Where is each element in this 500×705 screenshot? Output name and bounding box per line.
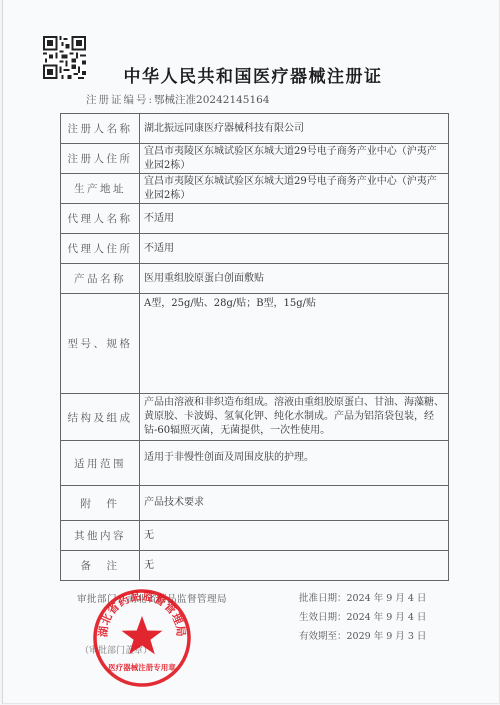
date-value: 2024 年 9 月 4 日 bbox=[347, 593, 427, 604]
field-value: 医用重组胶原蛋白创面敷贴 bbox=[140, 264, 449, 294]
field-label: 代理人名称 bbox=[61, 204, 140, 234]
field-label: 生产地址 bbox=[61, 174, 140, 204]
table-row-attachment: 附 件 产品技术要求 bbox=[61, 486, 449, 521]
field-label: 备 注 bbox=[61, 551, 140, 581]
effective-date: 生效日期：2024 年 9 月 4 日 bbox=[299, 609, 426, 628]
table-row-agent-name: 代理人名称 不适用 bbox=[61, 204, 449, 234]
table-row-scope: 适用范围 适用于非慢性创面及周围皮肤的护理。 bbox=[61, 441, 449, 486]
field-value: 湖北振远同康医疗器械科技有限公司 bbox=[140, 114, 449, 144]
certificate-page: 中华人民共和国医疗器械注册证 注册证编号:鄂械注准20242145164 注册人… bbox=[2, 0, 500, 704]
field-label: 型号、规格 bbox=[61, 294, 140, 394]
field-value: 适用于非慢性创面及周围皮肤的护理。 bbox=[140, 441, 449, 486]
field-label: 附 件 bbox=[61, 486, 140, 521]
date-value: 2024 年 9 月 4 日 bbox=[347, 612, 427, 623]
field-label: 注册人住所 bbox=[61, 144, 140, 174]
table-row-product-name: 产品名称 医用重组胶原蛋白创面敷贴 bbox=[61, 264, 449, 294]
field-label: 其他内容 bbox=[61, 521, 140, 551]
date-label: 批准日期： bbox=[299, 593, 347, 604]
seal-bottom-text: 医疗器械注册专用章 bbox=[108, 662, 176, 672]
table-row-remarks: 备 注 无 bbox=[61, 551, 449, 581]
table-row-agent-address: 代理人住所 不适用 bbox=[61, 234, 449, 264]
approval-date: 批准日期：2024 年 9 月 4 日 bbox=[299, 590, 426, 609]
field-value: 产品技术要求 bbox=[140, 486, 449, 521]
field-value: 宜昌市夷陵区东城试验区东城大道29号电子商务产业中心（沪夷产业园2栋） bbox=[140, 144, 449, 174]
field-value: 无 bbox=[140, 551, 449, 581]
field-label: 结构及组成 bbox=[61, 394, 140, 441]
document-title: 中华人民共和国医疗器械注册证 bbox=[3, 62, 500, 87]
field-value: 无 bbox=[140, 521, 449, 551]
field-label: 产品名称 bbox=[61, 264, 140, 294]
field-label: 代理人住所 bbox=[61, 234, 140, 264]
date-label: 生效日期： bbox=[299, 612, 347, 623]
field-value: A型，25g/贴、28g/贴；B型，15g/贴 bbox=[140, 294, 449, 394]
table-row-registrant-address: 注册人住所 宜昌市夷陵区东城试验区东城大道29号电子商务产业中心（沪夷产业园2栋… bbox=[61, 144, 449, 174]
dates-block: 批准日期：2024 年 9 月 4 日 生效日期：2024 年 9 月 4 日 … bbox=[299, 590, 426, 647]
field-label: 注册人名称 bbox=[61, 114, 140, 144]
table-row-production-address: 生产地址 宜昌市夷陵区东城试验区东城大道29号电子商务产业中心（沪夷产业园2栋） bbox=[61, 174, 449, 204]
table-row-structure: 结构及组成 产品由溶液和非织造布组成。溶液由重组胶原蛋白、甘油、海藻糖、黄原胶、… bbox=[61, 394, 449, 441]
field-value: 产品由溶液和非织造布组成。溶液由重组胶原蛋白、甘油、海藻糖、黄原胶、卡波姆、氢氧… bbox=[140, 394, 449, 441]
field-value: 不适用 bbox=[140, 204, 449, 234]
table-row-model-spec: 型号、规格 A型，25g/贴、28g/贴；B型，15g/贴 bbox=[61, 294, 449, 394]
field-value: 不适用 bbox=[140, 234, 449, 264]
registration-number: 注册证编号:鄂械注准20242145164 bbox=[86, 92, 270, 107]
table-row-registrant-name: 注册人名称 湖北振远同康医疗器械科技有限公司 bbox=[61, 114, 449, 144]
field-label: 适用范围 bbox=[61, 441, 140, 486]
registration-number-label: 注册证编号: bbox=[86, 94, 154, 106]
official-seal-icon: 湖北省药品监督管理局 医疗器械注册专用章 bbox=[92, 588, 192, 688]
expiry-date: 有效期至：2029 年 9 月 3 日 bbox=[299, 628, 426, 647]
certificate-table: 注册人名称 湖北振远同康医疗器械科技有限公司 注册人住所 宜昌市夷陵区东城试验区… bbox=[60, 113, 449, 581]
table-row-other: 其他内容 无 bbox=[61, 521, 449, 551]
field-value: 宜昌市夷陵区东城试验区东城大道29号电子商务产业中心（沪夷产业园2栋） bbox=[140, 174, 449, 204]
registration-number-value: 鄂械注准20242145164 bbox=[154, 94, 270, 106]
date-label: 有效期至： bbox=[299, 631, 347, 642]
date-value: 2029 年 9 月 3 日 bbox=[347, 631, 427, 642]
